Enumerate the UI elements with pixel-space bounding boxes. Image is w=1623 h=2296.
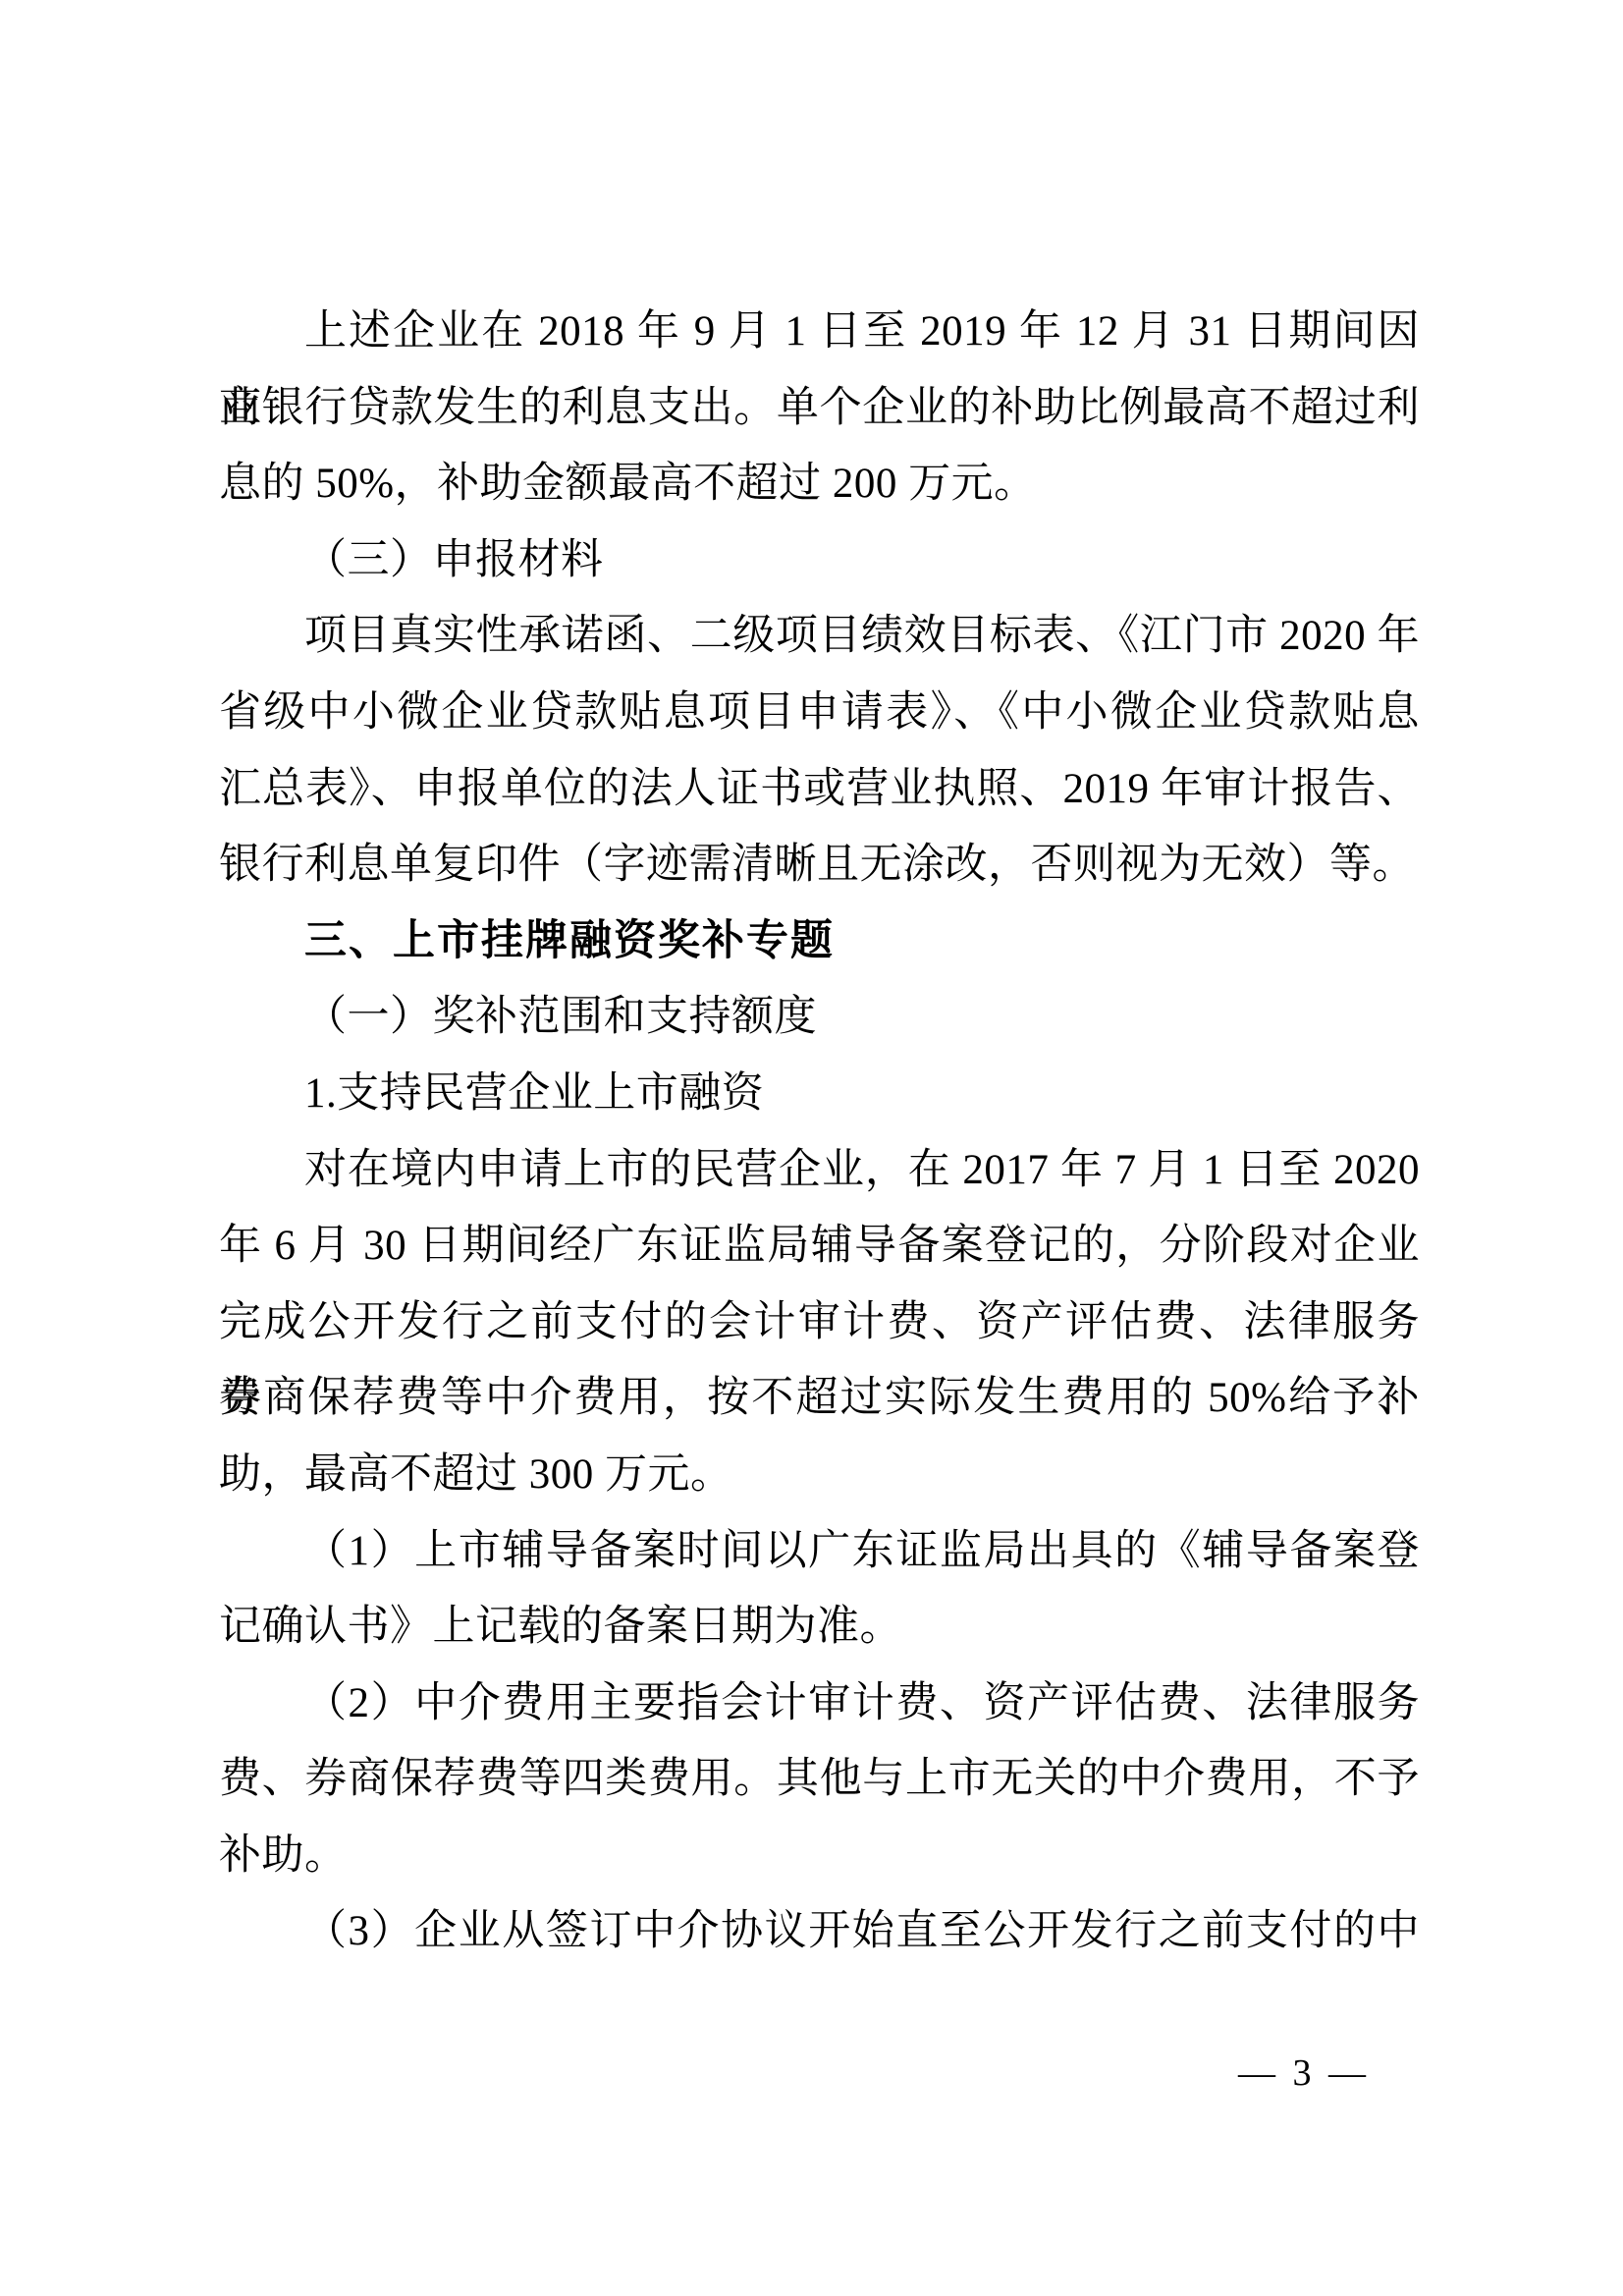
body-line: 对在境内申请上市的民营企业，在 2017 年 7 月 1 日至 2020 <box>219 1132 1420 1209</box>
body-line: 项目真实性承诺函、二级项目绩效目标表、《江门市 2020 年 <box>219 598 1420 675</box>
body-line: 上述企业在 2018 年 9 月 1 日至 2019 年 12 月 31 日期间… <box>219 294 1420 370</box>
document-page: 上述企业在 2018 年 9 月 1 日至 2019 年 12 月 31 日期间… <box>0 0 1623 2296</box>
body-line: 汇总表》、申报单位的法人证书或营业执照、2019 年审计报告、 <box>219 751 1420 828</box>
body-line: （3）企业从签订中介协议开始直至公开发行之前支付的中 <box>219 1893 1420 1970</box>
body-line: 省级中小微企业贷款贴息项目申请表》、《中小微企业贷款贴息 <box>219 675 1420 751</box>
body-line: 年 6 月 30 日期间经广东证监局辅导备案登记的，分阶段对企业 <box>219 1208 1420 1285</box>
body-line: 券商保荐费等中介费用，按不超过实际发生费用的 50%给予补 <box>219 1360 1420 1437</box>
page-number: — 3 — <box>1225 2049 1382 2098</box>
body-line: 银行利息单复印件（字迹需清晰且无涂改，否则视为无效）等。 <box>219 827 1420 903</box>
body-line: 助，最高不超过 300 万元。 <box>219 1437 1420 1513</box>
body-line: 费、券商保荐费等四类费用。其他与上市无关的中介费用，不予 <box>219 1741 1420 1818</box>
heading-subsection-scope-and-amount: （一）奖补范围和支持额度 <box>219 979 1420 1056</box>
body-line: （1）上市辅导备案时间以广东证监局出具的《辅导备案登 <box>219 1513 1420 1590</box>
body-line: 业银行贷款发生的利息支出。单个企业的补助比例最高不超过利 <box>219 370 1420 447</box>
heading-item-support-private-listing: 1.支持民营企业上市融资 <box>219 1056 1420 1132</box>
body-line: （2）中介费用主要指会计审计费、资产评估费、法律服务 <box>219 1666 1420 1742</box>
body-line: 完成公开发行之前支付的会计审计费、资产评估费、法律服务费、 <box>219 1285 1420 1361</box>
body-line: 补助。 <box>219 1818 1420 1894</box>
body-line: 记确认书》上记载的备案日期为准。 <box>219 1589 1420 1666</box>
document-body: 上述企业在 2018 年 9 月 1 日至 2019 年 12 月 31 日期间… <box>219 294 1420 1970</box>
body-line: 息的 50%，补助金额最高不超过 200 万元。 <box>219 446 1420 522</box>
heading-section-listing-incentives: 三、上市挂牌融资奖补专题 <box>219 903 1420 980</box>
heading-application-materials: （三）申报材料 <box>219 522 1420 599</box>
